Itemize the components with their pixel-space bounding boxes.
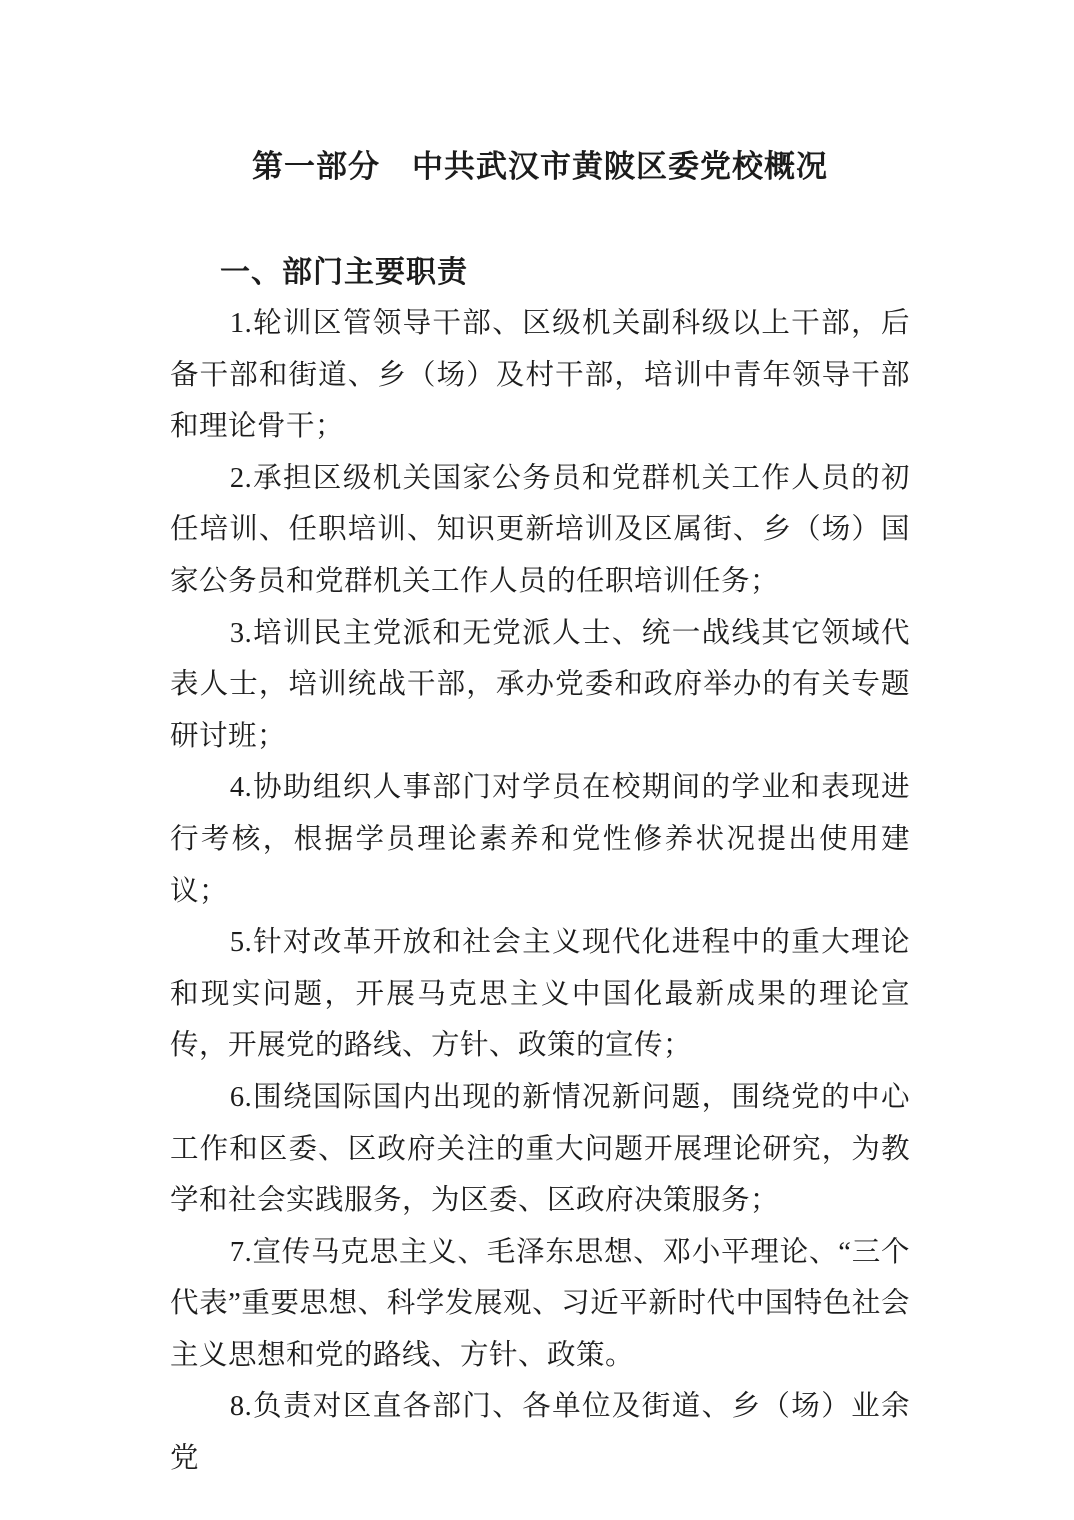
paragraph-duty-4: 4.协助组织人事部门对学员在校期间的学业和表现进行考核，根据学员理论素养和党性修… (170, 762, 910, 917)
paragraph-duty-3: 3.培训民主党派和无党派人士、统一战线其它领域代表人士，培训统战干部，承办党委和… (170, 608, 910, 763)
paragraph-duty-5: 5.针对改革开放和社会主义现代化进程中的重大理论和现实问题，开展马克思主义中国化… (170, 917, 910, 1072)
document-content: 第一部分 中共武汉市黄陂区委党校概况 一、部门主要职责 1.轮训区管领导干部、区… (170, 145, 910, 1485)
document-title: 第一部分 中共武汉市黄陂区委党校概况 (170, 145, 910, 189)
paragraph-duty-6: 6.围绕国际国内出现的新情况新问题，围绕党的中心工作和区委、区政府关注的重大问题… (170, 1072, 910, 1227)
paragraph-duty-8-truncated: 8.负责对区直各部门、各单位及街道、乡（场）业余党 (170, 1381, 910, 1484)
paragraph-duty-1: 1.轮训区管领导干部、区级机关副科级以上干部，后备干部和街道、乡（场）及村干部，… (170, 298, 910, 453)
document-page: 第一部分 中共武汉市黄陂区委党校概况 一、部门主要职责 1.轮训区管领导干部、区… (0, 0, 1074, 1520)
paragraph-duty-2: 2.承担区级机关国家公务员和党群机关工作人员的初任培训、任职培训、知识更新培训及… (170, 453, 910, 608)
section-heading: 一、部门主要职责 (170, 248, 910, 298)
paragraph-duty-7: 7.宣传马克思主义、毛泽东思想、邓小平理论、“三个代表”重要思想、科学发展观、习… (170, 1227, 910, 1382)
